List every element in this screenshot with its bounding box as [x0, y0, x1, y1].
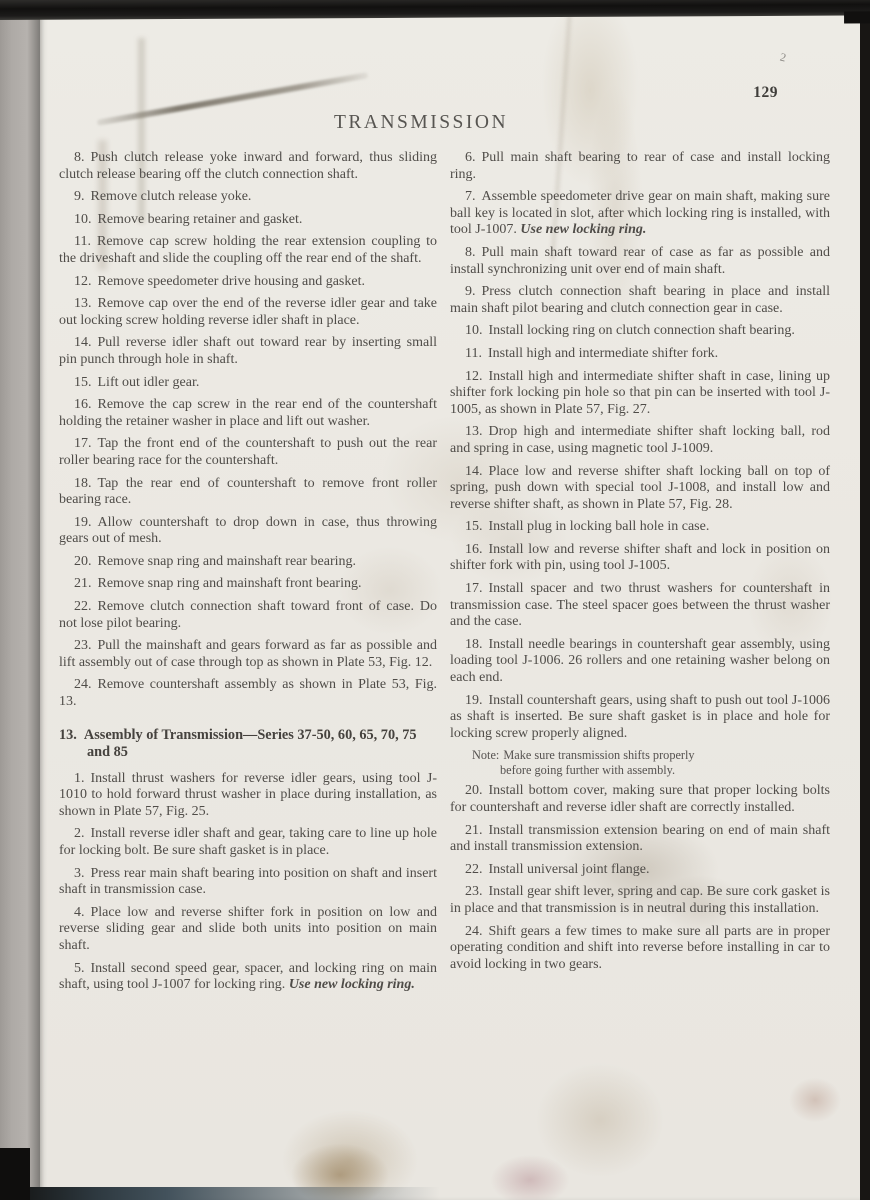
page-number: 129 — [753, 84, 778, 102]
step-paragraph: 19.Allow countershaft to drop down in ca… — [59, 515, 437, 548]
step-paragraph: 11.Remove cap screw holding the rear ext… — [59, 234, 437, 267]
step-paragraph: 17.Install spacer and two thrust washers… — [450, 581, 830, 631]
step-paragraph: 8.Pull main shaft toward rear of case as… — [450, 245, 830, 278]
scanned-manual-page: 2 129 TRANSMISSION 8.Push clutch release… — [0, 0, 870, 1200]
step-paragraph: 10.Install locking ring on clutch connec… — [450, 323, 830, 340]
step-paragraph: 22.Remove clutch connection shaft toward… — [59, 599, 437, 632]
step-paragraph: 20.Remove snap ring and mainshaft rear b… — [59, 554, 437, 571]
step-paragraph: 16.Remove the cap screw in the rear end … — [59, 397, 437, 430]
step-paragraph: 5.Install second speed gear, spacer, and… — [59, 961, 437, 994]
step-paragraph: 18.Install needle bearings in countersha… — [450, 637, 830, 687]
step-paragraph: 9.Remove clutch release yoke. — [59, 189, 437, 206]
pencil-mark: 2 — [779, 51, 787, 64]
step-paragraph: 23.Pull the mainshaft and gears forward … — [59, 638, 437, 671]
left-column: 8.Push clutch release yoke inward and fo… — [59, 150, 437, 1000]
step-paragraph: 7.Assemble speedometer drive gear on mai… — [450, 189, 830, 239]
step-paragraph: 19.Install countershaft gears, using sha… — [450, 693, 830, 743]
scanner-edge-corner — [0, 1148, 30, 1200]
scanner-edge-bottom — [0, 1187, 440, 1200]
step-paragraph: 15.Lift out idler gear. — [59, 375, 437, 392]
section-heading: 13.Assembly of Transmission—Series 37-50… — [59, 727, 437, 761]
step-paragraph: 11.Install high and intermediate shifter… — [450, 346, 830, 363]
step-paragraph: 16.Install low and reverse shifter shaft… — [450, 542, 830, 575]
step-paragraph: 23.Install gear shift lever, spring and … — [450, 884, 830, 917]
step-paragraph: 9.Press clutch connection shaft bearing … — [450, 284, 830, 317]
step-paragraph: 10.Remove bearing retainer and gasket. — [59, 212, 437, 229]
book-gutter-edge — [0, 0, 40, 1200]
note: Note:Make sure transmission shifts prope… — [472, 748, 830, 777]
step-paragraph: 14.Place low and reverse shifter shaft l… — [450, 464, 830, 514]
step-paragraph: 4.Place low and reverse shifter fork in … — [59, 905, 437, 955]
step-paragraph: 3.Press rear main shaft bearing into pos… — [59, 866, 437, 899]
step-paragraph: 12.Install high and intermediate shifter… — [450, 369, 830, 419]
page: 2 129 TRANSMISSION 8.Push clutch release… — [40, 0, 860, 1200]
step-paragraph: 20.Install bottom cover, making sure tha… — [450, 783, 830, 816]
step-paragraph: 12.Remove speedometer drive housing and … — [59, 274, 437, 291]
step-paragraph: 24.Shift gears a few times to make sure … — [450, 924, 830, 974]
step-paragraph: 22.Install universal joint flange. — [450, 862, 830, 879]
step-paragraph: 21.Install transmission extension bearin… — [450, 823, 830, 856]
step-paragraph: 8.Push clutch release yoke inward and fo… — [59, 150, 437, 183]
page-title: TRANSMISSION — [40, 112, 860, 134]
step-paragraph: 15.Install plug in locking ball hole in … — [450, 519, 830, 536]
step-paragraph: 6.Pull main shaft bearing to rear of cas… — [450, 150, 830, 183]
step-paragraph: 24.Remove countershaft assembly as shown… — [59, 677, 437, 710]
step-paragraph: 2.Install reverse idler shaft and gear, … — [59, 826, 437, 859]
step-paragraph: 1.Install thrust washers for reverse idl… — [59, 771, 437, 821]
step-paragraph: 14.Pull reverse idler shaft out toward r… — [59, 335, 437, 368]
step-paragraph: 17.Tap the front end of the countershaft… — [59, 436, 437, 469]
step-paragraph: 13.Drop high and intermediate shifter sh… — [450, 424, 830, 457]
step-paragraph: 18.Tap the rear end of countershaft to r… — [59, 476, 437, 509]
step-paragraph: 21.Remove snap ring and mainshaft front … — [59, 576, 437, 593]
right-column: 6.Pull main shaft bearing to rear of cas… — [450, 150, 830, 979]
step-paragraph: 13.Remove cap over the end of the revers… — [59, 296, 437, 329]
